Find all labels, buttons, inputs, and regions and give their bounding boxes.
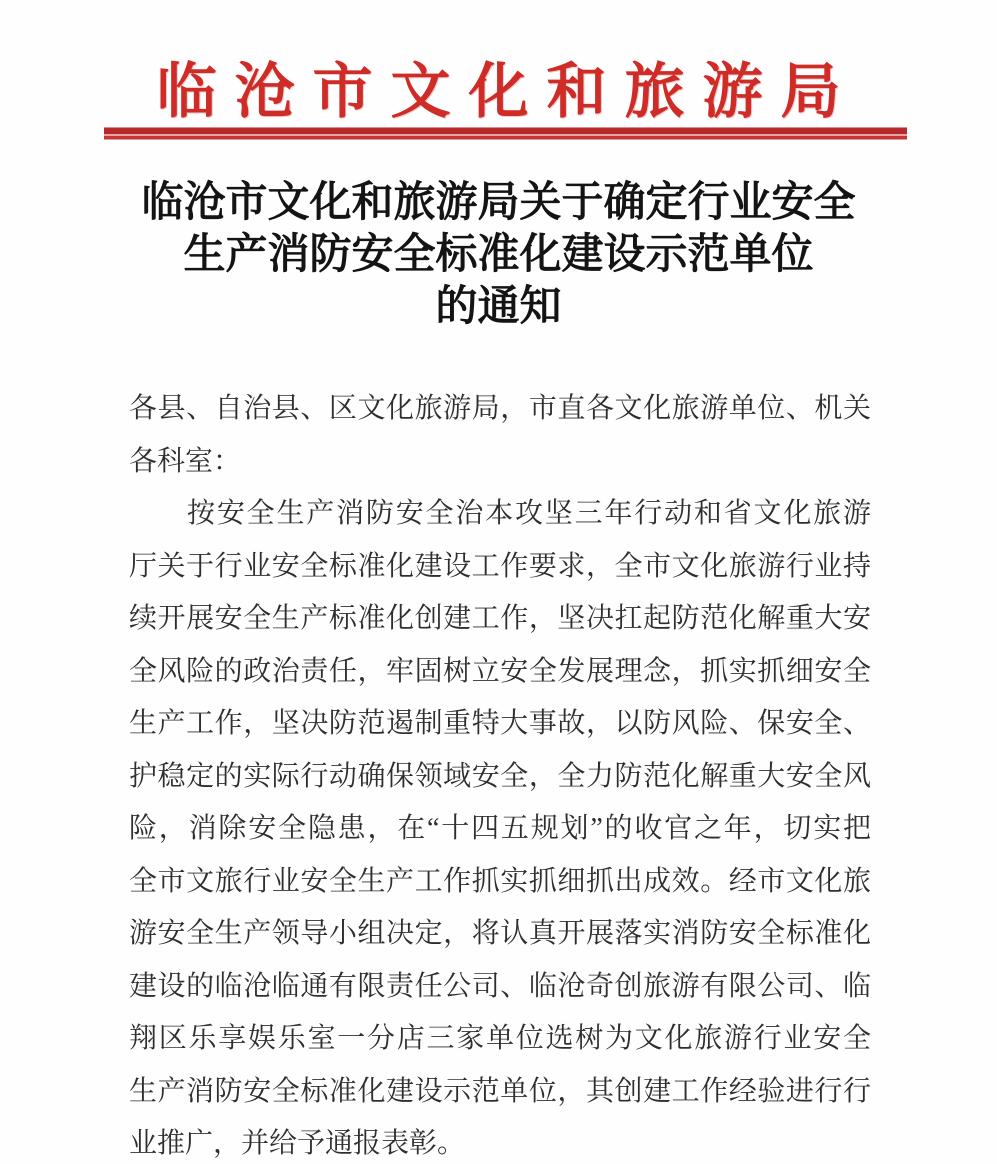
document-title-line-2: 生产消防安全标准化建设示范单位 [0,229,997,281]
body-line: 续开展安全生产标准化创建工作，坚决扛起防范化解重大安 [129,593,871,646]
body-line: 游安全生产领导小组决定，将认真开展落实消防安全标准化 [129,908,871,961]
body-line-salutation-1: 各县、自治县、区文化旅游局，市直各文化旅游单位、机关 [129,383,871,436]
body-line: 翔区乐享娱乐室一分店三家单位选树为文化旅游行业安全 [129,1013,871,1066]
body-line: 按安全生产消防安全治本攻坚三年行动和省文化旅游 [129,488,871,541]
document-title-line-3: 的通知 [0,281,997,333]
body-line-salutation-2: 各科室： [129,436,871,489]
body-line: 全风险的政治责任，牢固树立安全发展理念，抓实抓细安全 [129,646,871,699]
body-line: 生产消防安全标准化建设示范单位，其创建工作经验进行行 [129,1066,871,1119]
letterhead-agency-name: 临沧市文化和旅游局 [0,44,997,130]
document-body: 各县、自治县、区文化旅游局，市直各文化旅游单位、机关 各科室： 按安全生产消防安… [129,383,871,1164]
body-line-last: 业推广，并给予通报表彰。 [129,1118,871,1164]
body-line: 险，消除安全隐患，在“十四五规划”的收官之年，切实把 [129,803,871,856]
document-title: 临沧市文化和旅游局关于确定行业安全 生产消防安全标准化建设示范单位 的通知 [0,177,997,333]
body-line: 护稳定的实际行动确保领域安全，全力防范化解重大安全风 [129,751,871,804]
body-line: 生产工作，坚决防范遏制重特大事故，以防风险、保安全、 [129,698,871,751]
body-line: 厅关于行业安全标准化建设工作要求，全市文化旅游行业持 [129,541,871,594]
official-notice-document: 临沧市文化和旅游局 临沧市文化和旅游局关于确定行业安全 生产消防安全标准化建设示… [0,0,997,1164]
document-title-line-1: 临沧市文化和旅游局关于确定行业安全 [0,177,997,229]
letterhead-divider-line [104,127,907,140]
body-line: 全市文旅行业安全生产工作抓实抓细抓出成效。经市文化旅 [129,856,871,909]
body-line: 建设的临沧临通有限责任公司、临沧奇创旅游有限公司、临 [129,961,871,1014]
